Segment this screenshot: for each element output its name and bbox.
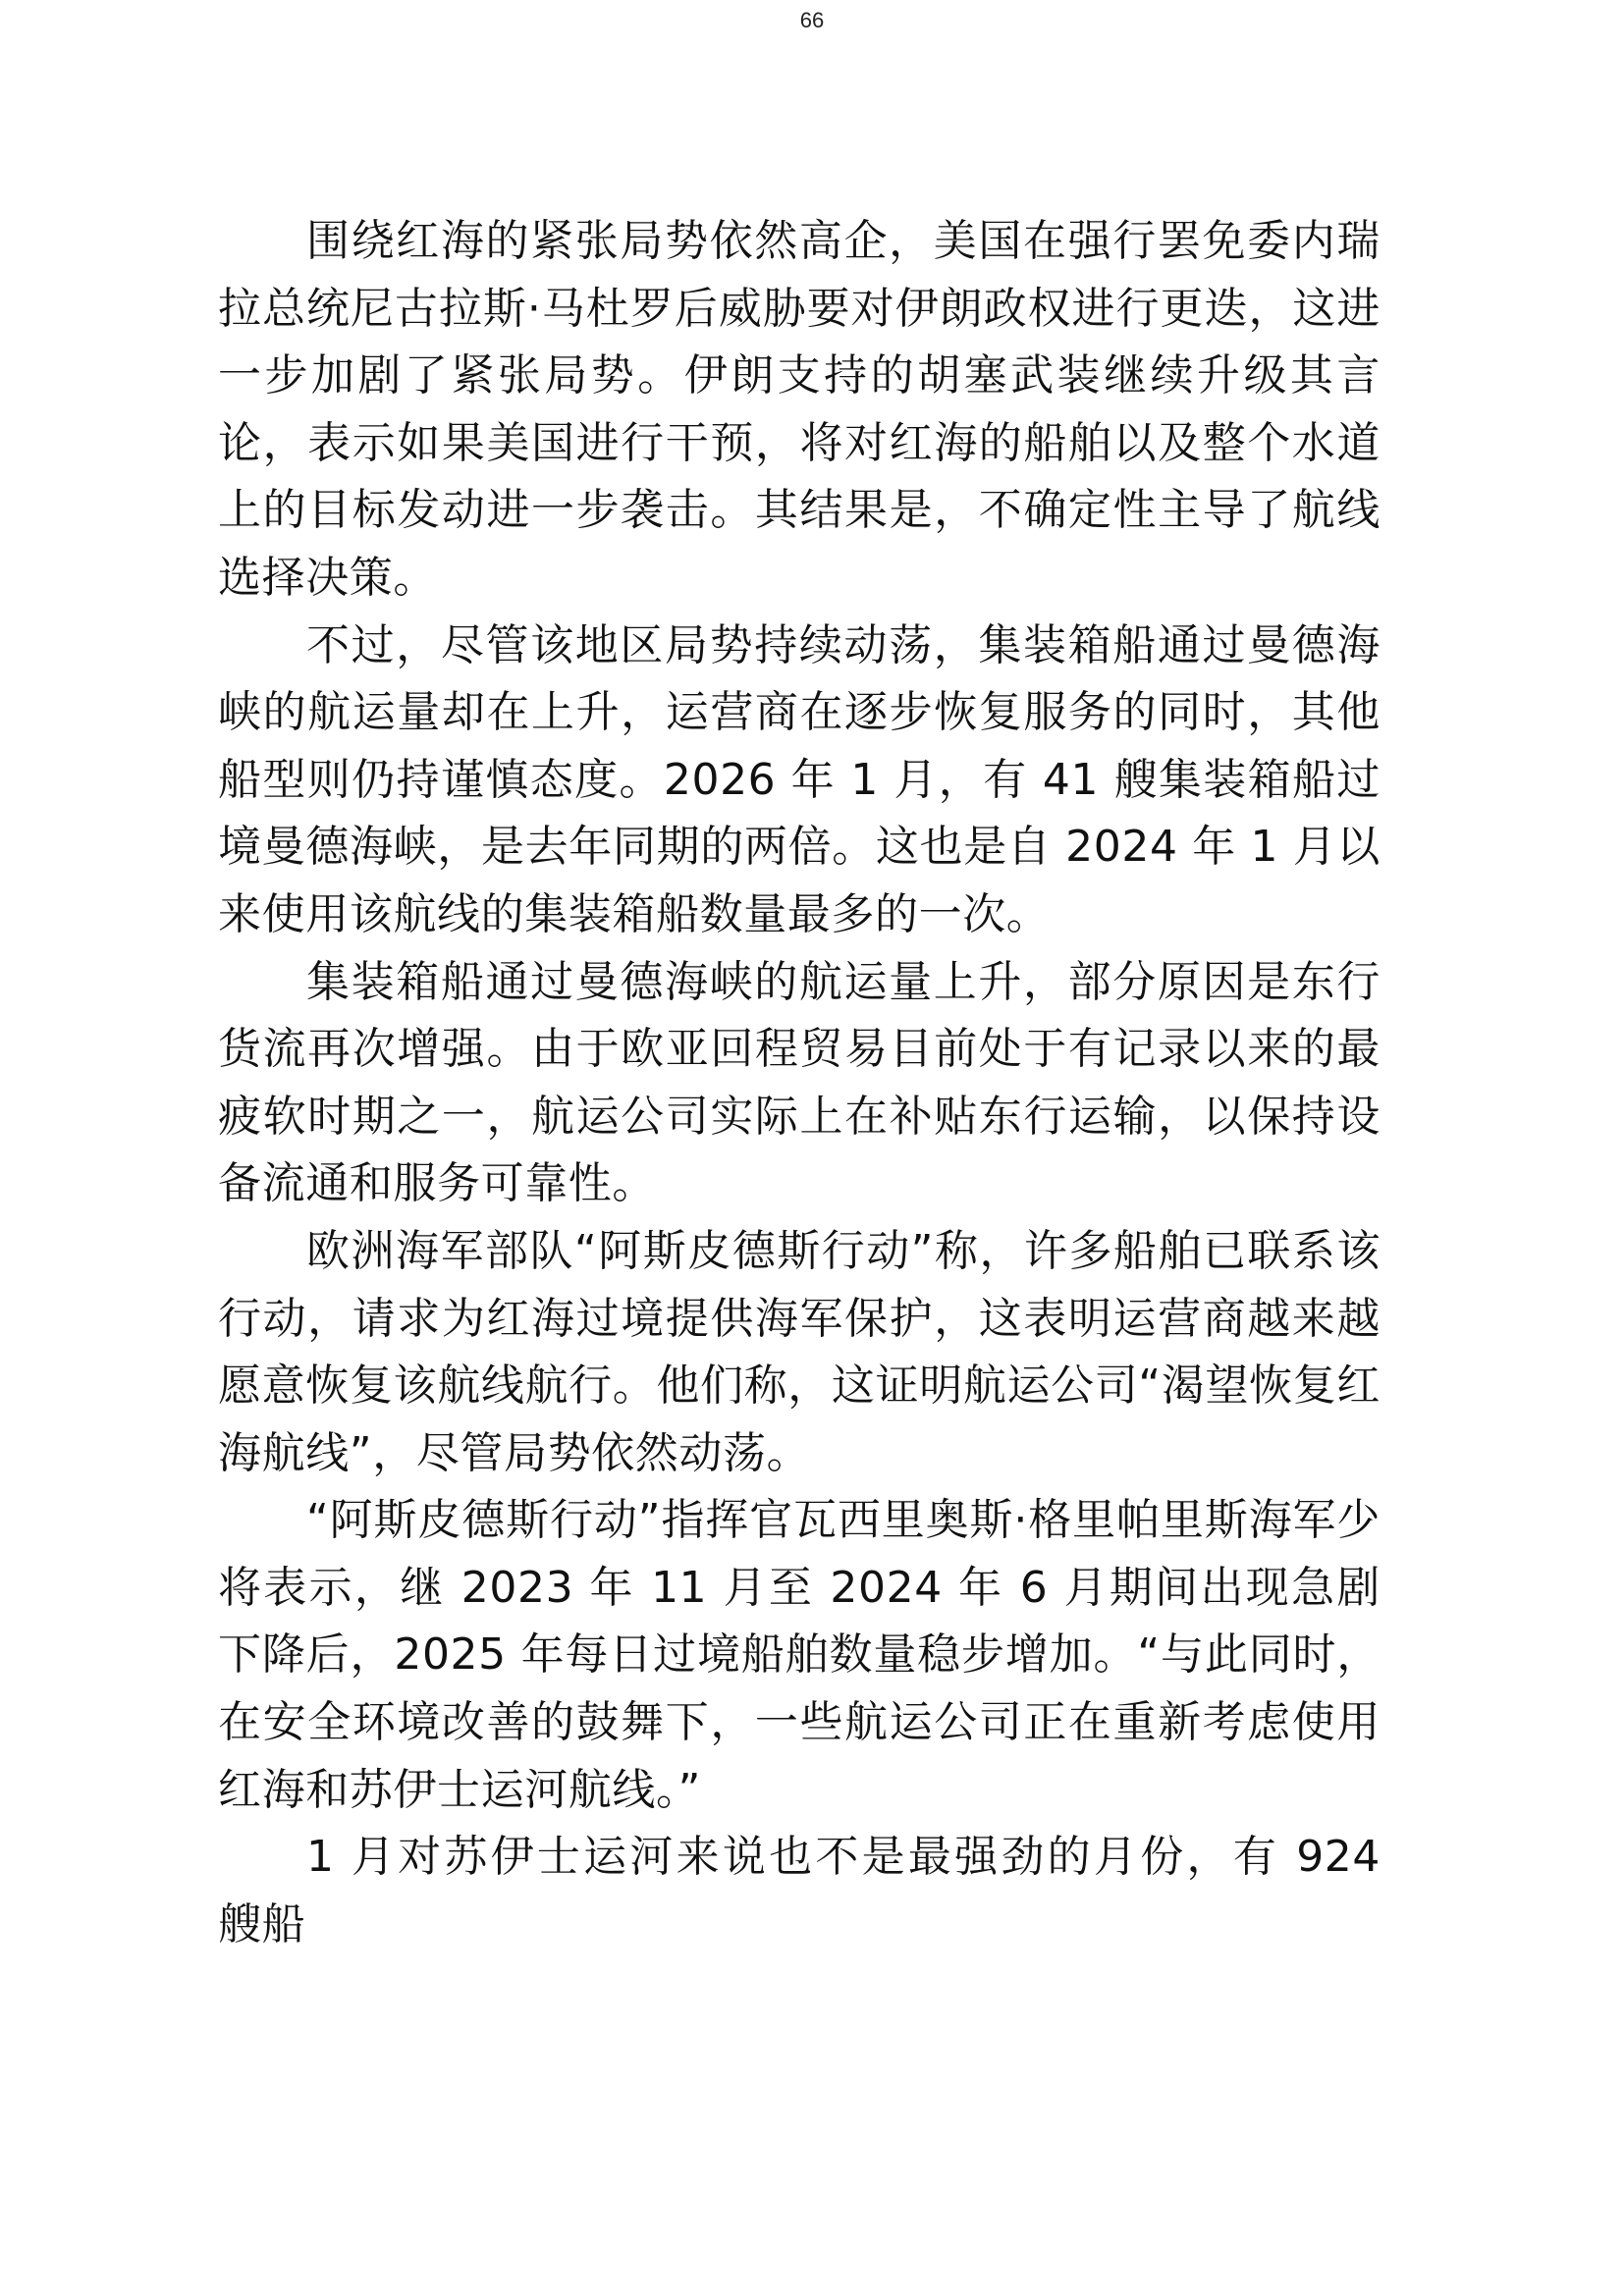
- document-body: 围绕红海的紧张局势依然高企，美国在强行罢免委内瑞拉总统尼古拉斯·马杜罗后威胁要对…: [218, 208, 1380, 1958]
- paragraph-red-sea-tensions: 围绕红海的紧张局势依然高企，美国在强行罢免委内瑞拉总统尼古拉斯·马杜罗后威胁要对…: [218, 208, 1380, 613]
- paragraph-commander-statement: “阿斯皮德斯行动”指挥官瓦西里奥斯·格里帕里斯海军少将表示，继 2023 年 1…: [218, 1487, 1380, 1824]
- paragraph-bab-el-mandeb-transits: 不过，尽管该地区局势持续动荡，集装箱船通过曼德海峡的航运量却在上升，运营商在逐步…: [218, 613, 1380, 949]
- page-number: 66: [0, 8, 1624, 33]
- paragraph-suez-canal-january: 1 月对苏伊士运河来说也不是最强劲的月份，有 924 艘船: [218, 1824, 1380, 1958]
- paragraph-eastbound-cargo: 集装箱船通过曼德海峡的航运量上升，部分原因是东行货流再次增强。由于欧亚回程贸易目…: [218, 949, 1380, 1218]
- paragraph-operation-aspides: 欧洲海军部队“阿斯皮德斯行动”称，许多船舶已联系该行动，请求为红海过境提供海军保…: [218, 1218, 1380, 1487]
